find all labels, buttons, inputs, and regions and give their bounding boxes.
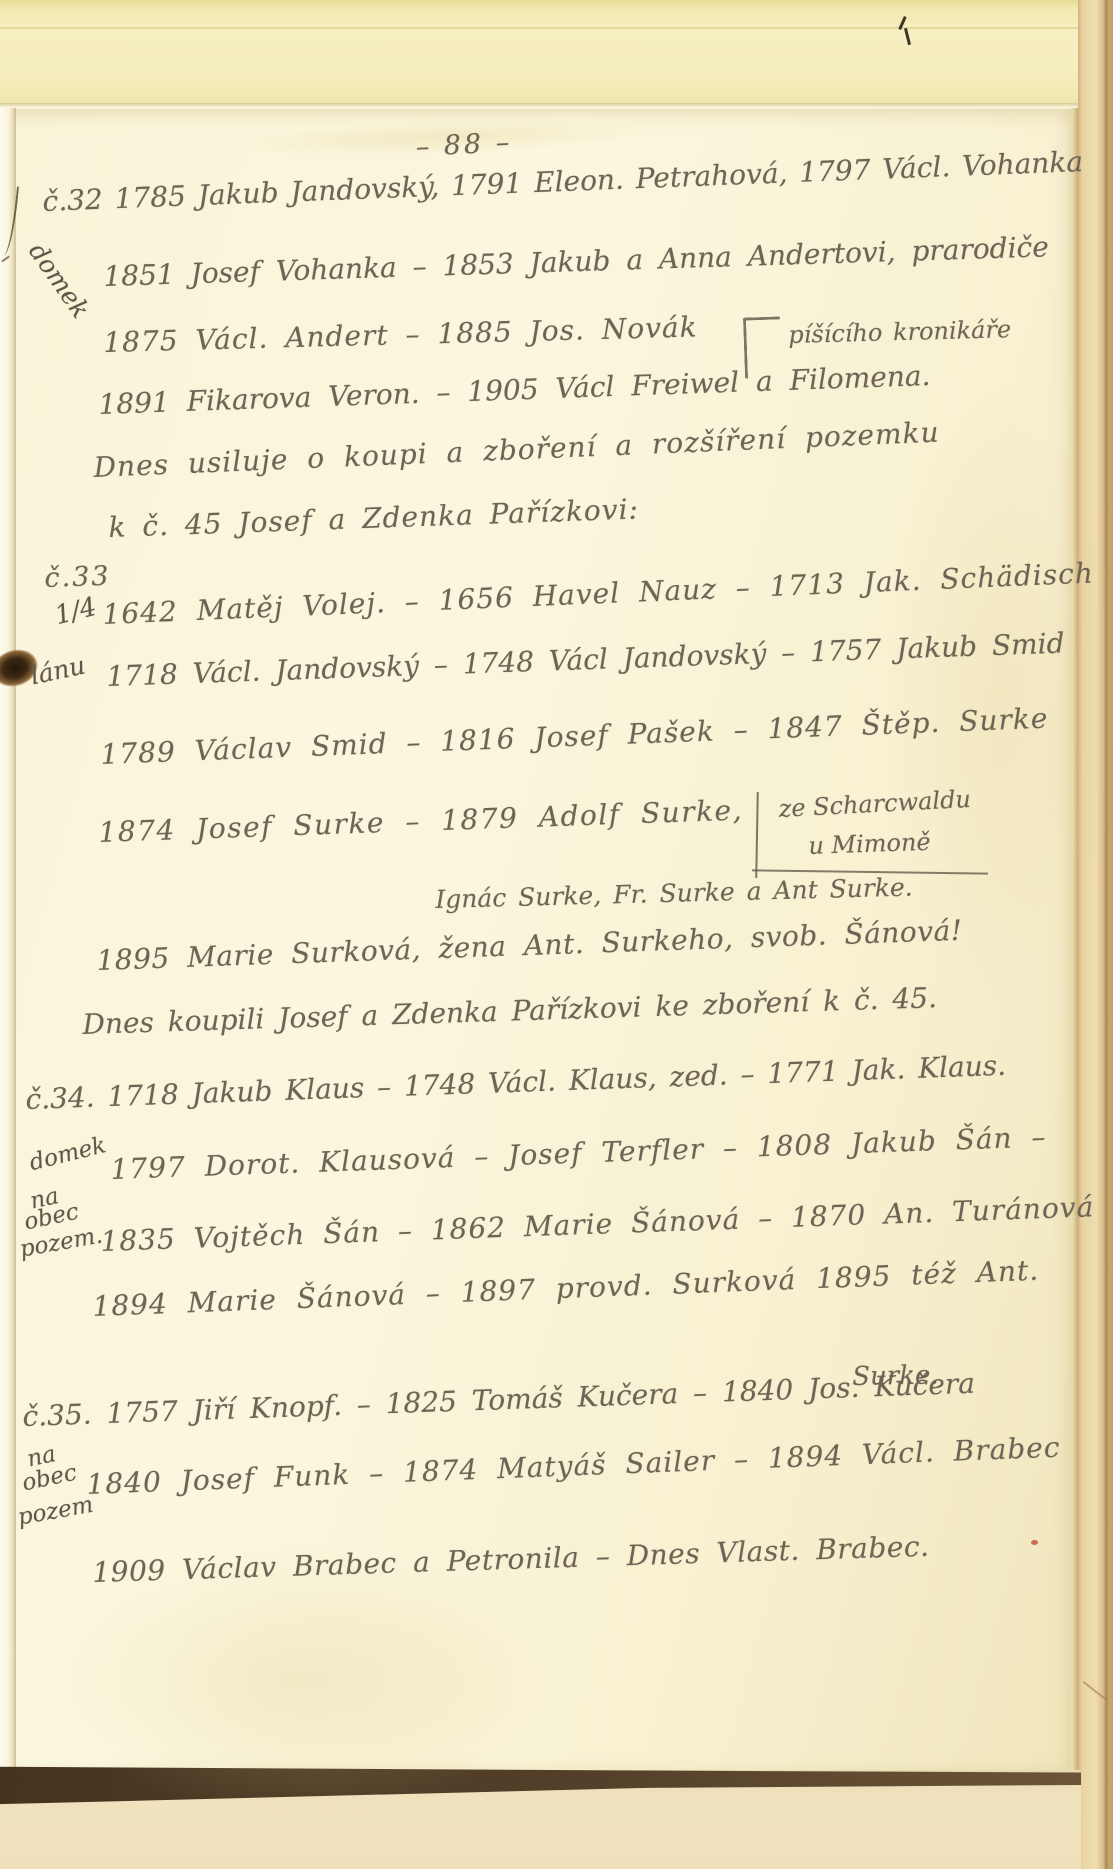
red-speck [1031,1540,1038,1545]
page-right-edge-shadow [1068,108,1078,1770]
page-left-edge [0,108,16,1770]
top-band-crease [0,27,1081,29]
book-page-stack-right [1078,0,1113,1869]
page-top-edge [0,103,1081,110]
entry-c32-line-3-note: píšícího kronikáře [788,316,1011,348]
adjacent-page-edge-top [0,0,1081,110]
page-number: – 88 – [415,128,513,163]
entry-c33-number: č.33 [44,562,111,594]
scanned-chronicle-page: – 88 – č.32 1785 Jakub Jandovský, 1791 E… [0,0,1113,1869]
entry-c33-side-note-2: u Mimoně [808,829,931,860]
